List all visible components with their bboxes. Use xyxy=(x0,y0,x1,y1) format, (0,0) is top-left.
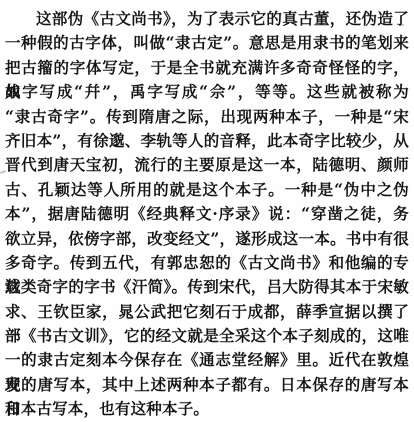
text-line: 一的隶古定刻本今保存在《通志堂经解》里。近代在敦煌发 xyxy=(5,348,409,372)
text-line: “隶古奇字”。传到隋唐之际，出现两种本子，一种是“宋 xyxy=(5,105,409,129)
text-line: 本”，据唐陆德明《经典释文·序录》说：“穿凿之徒，务 xyxy=(5,202,409,226)
scan-artifact xyxy=(402,24,404,26)
text-line: 战字写成“幷”，禹字写成“佘”，等等。这些就被称为 xyxy=(5,80,409,104)
text-line: 齐旧本”，有徐邈、李轨等人的音释，此本奇字比较少，从 xyxy=(5,129,409,153)
text-line: 部《书古文训》，它的经文就是全采这个本子刻成的，这唯 xyxy=(5,324,409,348)
text-line: 这部伪《古文尚书》，为了表示它的真古董，还伪造了 xyxy=(5,7,409,31)
text-line: 求、王钦臣家，晁公武把它刻石于成都，薛季宣据以撰了一 xyxy=(5,300,409,324)
document-page: 这部伪《古文尚书》，为了表示它的真古董，还伪造了 一种假的古字体，叫做“隶古定”… xyxy=(0,0,414,422)
text-line: 多奇字。传到五代，有郭忠恕的《古文尚书》和他编的专载 xyxy=(5,251,409,275)
text-line: 古、孔颖达等人所用的就是这个本子。一种是“伪中之伪 xyxy=(5,178,409,202)
text-line: 晋代到唐天宝初，流行的主要原是这一本，陆德明、颜师 xyxy=(5,153,409,177)
text-line: 欲立异，依傍字部，改变经文”，遂形成这一本。书中有很 xyxy=(5,227,409,251)
text-line: 一种假的古字体，叫做“隶古定”。意思是用隶书的笔划来 xyxy=(5,31,409,55)
text-line: 这类奇字的字书《汗简》。传到宋代，吕大防得其本于宋敏 xyxy=(5,275,409,299)
text-line: 现的唐写本，其中上述两种本子都有。日本保存的唐写本和 xyxy=(5,373,409,397)
text-line: 把古籀的字体写定，于是全书就充满许多奇奇怪怪的字，如 xyxy=(5,56,409,80)
text-line: 日本古写本，也有这种本子。 xyxy=(5,397,409,421)
